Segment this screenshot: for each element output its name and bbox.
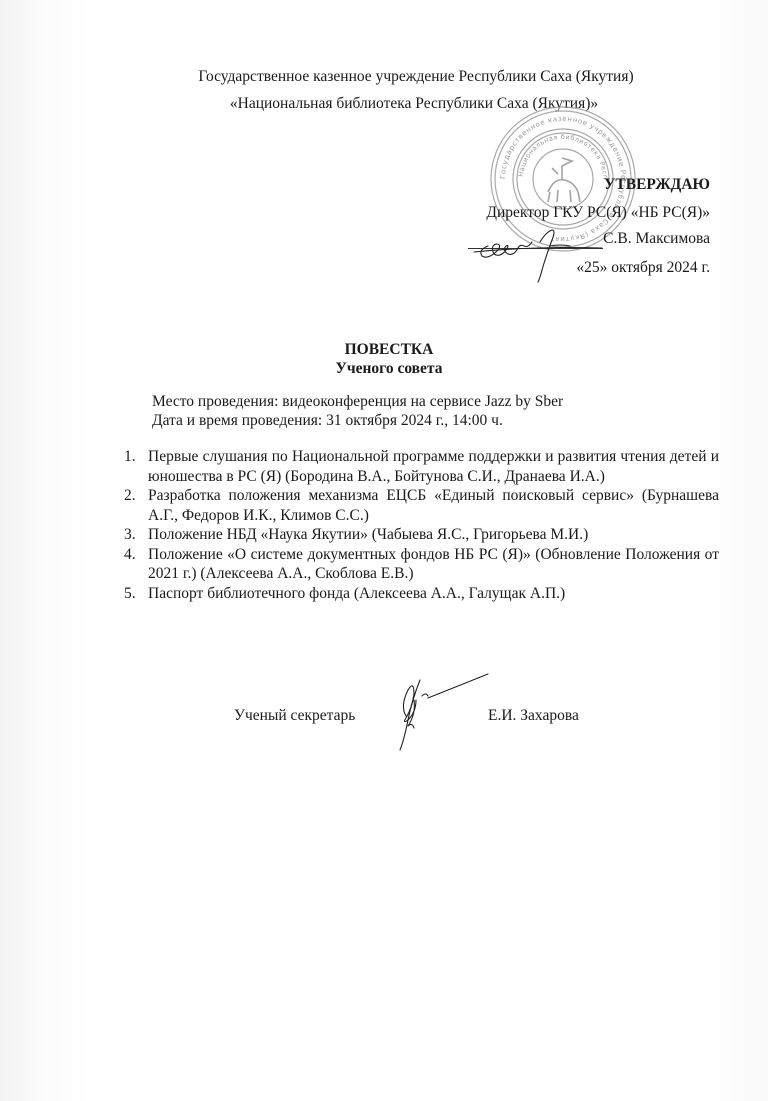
agenda-item: 1. Первые слушания по Национальной прогр… [124, 447, 719, 486]
approval-date: «25» октября 2024 г. [576, 259, 710, 277]
agenda-item-text: Разработка положения механизма ЕЦСБ «Еди… [148, 486, 719, 525]
agenda-item-number: 1. [124, 447, 136, 467]
meeting-place: Место проведения: видеоконференция на се… [152, 393, 563, 411]
agenda-item-text: Первые слушания по Национальной программ… [148, 447, 719, 486]
agenda-item-number: 2. [124, 486, 136, 506]
agenda-item-text: Положение «О системе документных фондов … [148, 545, 719, 584]
secretary-role: Ученый секретарь [234, 707, 355, 725]
agenda-item-number: 3. [124, 525, 136, 545]
agenda-item: 5. Паспорт библиотечного фонда (Алексеев… [124, 584, 719, 604]
document-title: ПОВЕСТКА [5, 341, 768, 359]
approval-name: С.В. Максимова [603, 230, 710, 248]
document-subtitle: Ученого совета [5, 360, 768, 378]
organization-line-1: Государственное казенное учреждение Респ… [32, 68, 768, 86]
agenda-item-number: 5. [124, 584, 136, 604]
agenda-item: 3. Положение НБД «Наука Якутии» (Чабыева… [124, 525, 719, 545]
agenda-item: 2. Разработка положения механизма ЕЦСБ «… [124, 486, 719, 525]
agenda-list: 1. Первые слушания по Национальной прогр… [124, 447, 719, 603]
agenda-item-number: 4. [124, 545, 136, 565]
secretary-signature-icon [392, 670, 492, 755]
meeting-datetime: Дата и время проведения: 31 октября 2024… [152, 412, 503, 430]
agenda-item-text: Паспорт библиотечного фонда (Алексеева А… [148, 584, 719, 604]
approval-title: УТВЕРЖДАЮ [604, 176, 710, 194]
agenda-item-text: Положение НБД «Наука Якутии» (Чабыева Я.… [148, 525, 719, 545]
organization-line-2: «Национальная библиотека Республики Саха… [30, 95, 768, 113]
secretary-name: Е.И. Захарова [488, 707, 579, 725]
agenda-item: 4. Положение «О системе документных фонд… [124, 545, 719, 584]
